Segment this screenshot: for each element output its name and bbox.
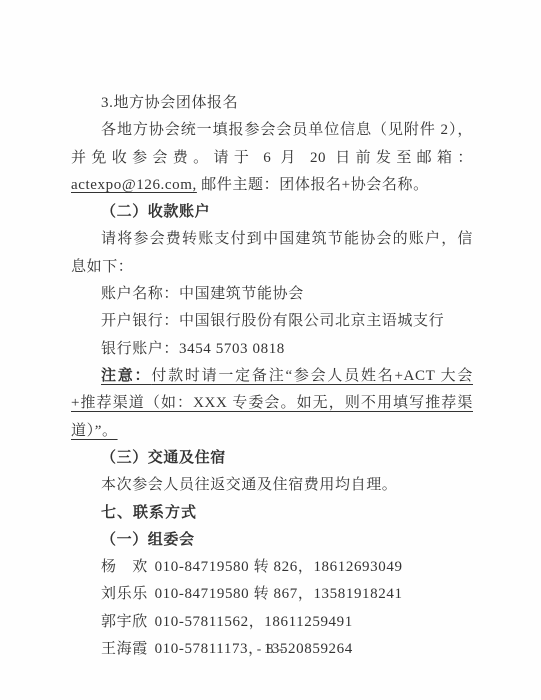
heading-contact-information: 七、联系方式 xyxy=(71,499,473,526)
heading-organizing-committee: （一）组委会 xyxy=(71,527,473,554)
email-link[interactable]: actexpo@126.com, xyxy=(71,177,197,193)
paragraph-transport: 本次参会人员往返交通及住宿费用均自理。 xyxy=(71,472,473,499)
contact-phone: 010-57811562，18611259491 xyxy=(155,614,353,630)
contact-phone: 010-84719580 转 867，13581918241 xyxy=(155,586,403,602)
line-account-name: 账户名称：中国建筑节能协会 xyxy=(71,281,473,308)
contact-row: 郭宇欣010-57811562，18611259491 xyxy=(71,609,473,636)
heading-local-association-registration: 3.地方协会团体报名 xyxy=(71,90,473,117)
paragraph-local-association: 各地方协会统一填报参会会员单位信息（见附件 2），并免收参会费。请于 6 月 2… xyxy=(71,117,473,199)
contact-phone: 010-84719580 转 826，18612693049 xyxy=(155,559,403,575)
document-content: 3.地方协会团体报名 各地方协会统一填报参会会员单位信息（见附件 2），并免收参… xyxy=(71,90,473,663)
contact-row: 刘乐乐010-84719580 转 867，13581918241 xyxy=(71,581,473,608)
heading-transport-accommodation: （三）交通及住宿 xyxy=(71,445,473,472)
contact-row: 杨 欢010-84719580 转 826，18612693049 xyxy=(71,554,473,581)
line-bank-account: 银行账户：3454 5703 0818 xyxy=(71,336,473,363)
document-page: 3.地方协会团体报名 各地方协会统一填报参会会员单位信息（见附件 2），并免收参… xyxy=(0,0,541,700)
paragraph-local-association-text-before: 各地方协会统一填报参会会员单位信息（见附件 2），并免收参会费。请于 6 月 2… xyxy=(71,122,473,165)
notice-label: 注意： xyxy=(101,368,151,384)
contact-name: 杨 欢 xyxy=(101,559,148,575)
paragraph-local-association-text-after: 邮件主题：团体报名+协会名称。 xyxy=(197,177,429,193)
heading-payment-account: （二）收款账户 xyxy=(71,199,473,226)
contact-name: 郭宇欣 xyxy=(101,614,148,630)
paragraph-payment-notice: 注意：付款时请一定备注“参会人员姓名+ACT 大会+推荐渠道（如：XXX 专委会… xyxy=(71,363,473,445)
contact-name: 刘乐乐 xyxy=(101,586,148,602)
line-bank-name: 开户银行：中国银行股份有限公司北京主语城支行 xyxy=(71,308,473,335)
page-number: - 8 - xyxy=(0,641,541,657)
paragraph-payment-intro: 请将参会费转账支付到中国建筑节能协会的账户，信息如下： xyxy=(71,226,473,281)
